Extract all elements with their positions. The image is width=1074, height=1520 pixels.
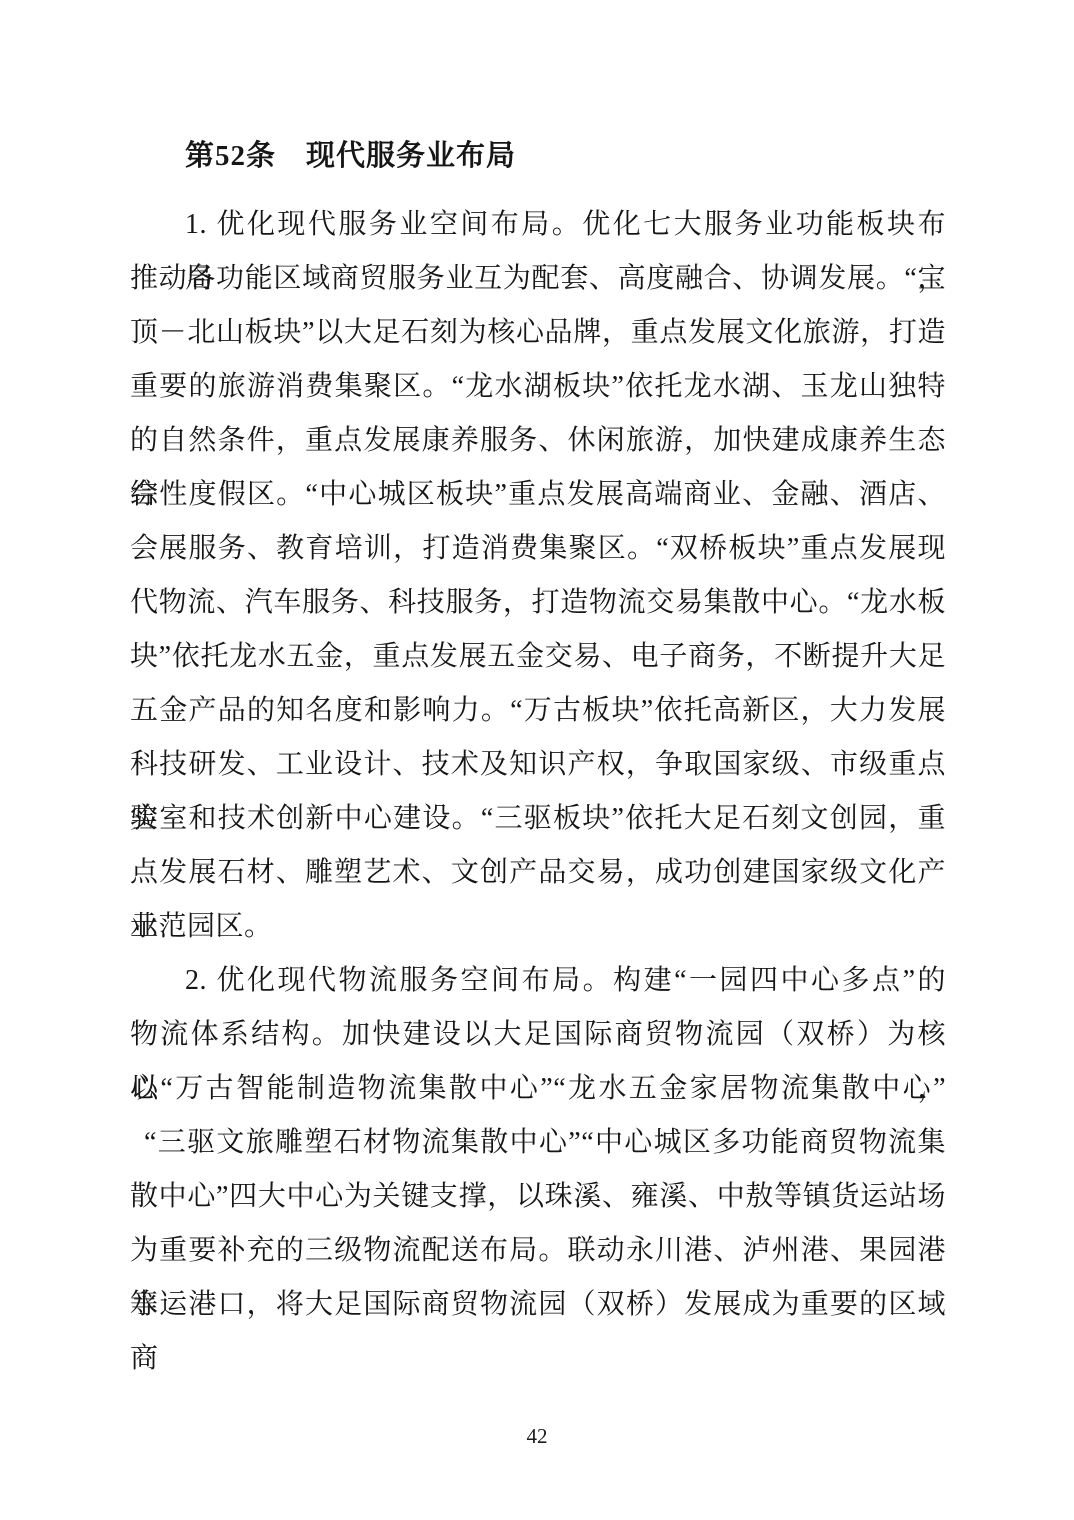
paragraph: 2. 优化现代物流服务空间布局。构建“一园四中心多点”的物流体系结构。加快建设以… [130, 954, 946, 1332]
text-line: 2. 优化现代物流服务空间布局。构建“一园四中心多点”的 [130, 954, 946, 1008]
page-number: 42 [0, 1422, 1074, 1450]
text-line: 为重要补充的三级物流配送布局。联动永川港、泸州港、果园港等 [130, 1224, 946, 1278]
paragraph: 1. 优化现代服务业空间布局。优化七大服务业功能板块布局，推动各功能区域商贸服务… [130, 198, 946, 954]
text-line: 散中心”四大中心为关键支撑，以珠溪、雍溪、中敖等镇货运站场 [130, 1170, 946, 1224]
text-line: 块”依托龙水五金，重点发展五金交易、电子商务，不断提升大足 [130, 630, 946, 684]
text-line: 科技研发、工业设计、技术及知识产权，争取国家级、市级重点实 [130, 738, 946, 792]
text-line: 1. 优化现代服务业空间布局。优化七大服务业功能板块布局， [130, 198, 946, 252]
text-line: 示范园区。 [130, 900, 946, 954]
text-line: 点发展石材、雕塑艺术、文创产品交易，成功创建国家级文化产业 [130, 846, 946, 900]
text-line: 合性度假区。“中心城区板块”重点发展高端商业、金融、酒店、 [130, 468, 946, 522]
text-line: 推动各功能区域商贸服务业互为配套、高度融合、协调发展。“宝 [130, 252, 946, 306]
text-line: 以“万古智能制造物流集散中心”“龙水五金家居物流集散中心” [130, 1062, 946, 1116]
text-line: 水运港口，将大足国际商贸物流园（双桥）发展成为重要的区域商 [130, 1278, 946, 1332]
text-line: 五金产品的知名度和影响力。“万古板块”依托高新区，大力发展 [130, 684, 946, 738]
text-line: 代物流、汽车服务、科技服务，打造物流交易集散中心。“龙水板 [130, 576, 946, 630]
document-page: 第52条 现代服务业布局 1. 优化现代服务业空间布局。优化七大服务业功能板块布… [0, 0, 1074, 1520]
text-line: “三驱文旅雕塑石材物流集散中心”“中心城区多功能商贸物流集 [130, 1116, 946, 1170]
section-heading: 第52条 现代服务业布局 [130, 128, 946, 184]
text-line: 的自然条件，重点发展康养服务、休闲旅游，加快建成康养生态综 [130, 414, 946, 468]
text-line: 会展服务、教育培训，打造消费集聚区。“双桥板块”重点发展现 [130, 522, 946, 576]
document-body: 1. 优化现代服务业空间布局。优化七大服务业功能板块布局，推动各功能区域商贸服务… [130, 198, 946, 1332]
text-line: 顶－北山板块”以大足石刻为核心品牌，重点发展文化旅游，打造 [130, 306, 946, 360]
text-line: 验室和技术创新中心建设。“三驱板块”依托大足石刻文创园，重 [130, 792, 946, 846]
text-line: 重要的旅游消费集聚区。“龙水湖板块”依托龙水湖、玉龙山独特 [130, 360, 946, 414]
text-line: 物流体系结构。加快建设以大足国际商贸物流园（双桥）为核心， [130, 1008, 946, 1062]
